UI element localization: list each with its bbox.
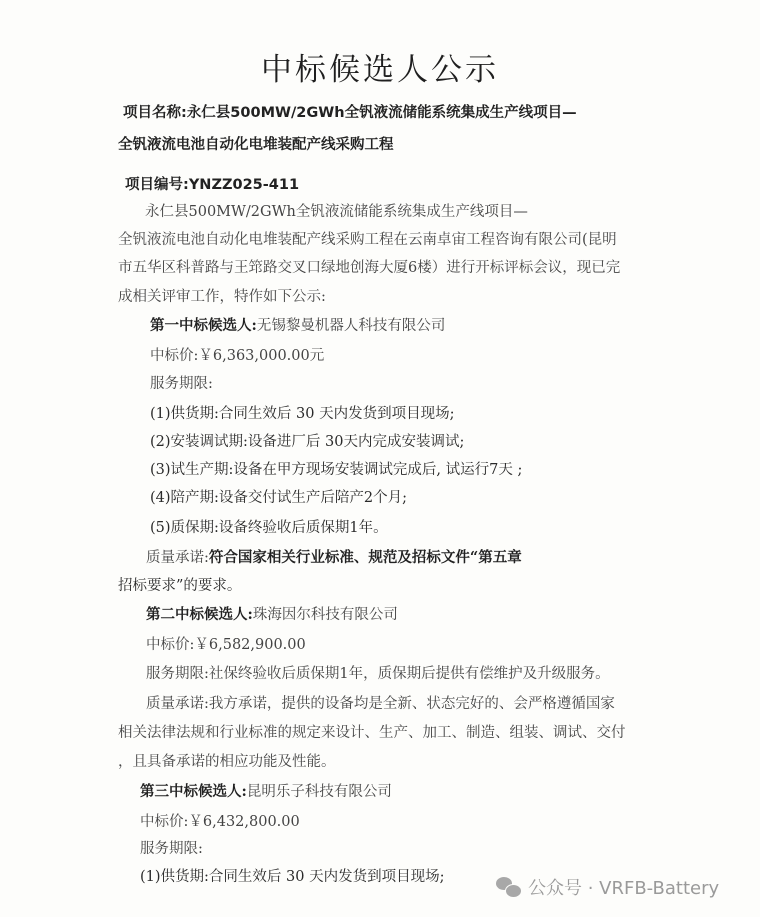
watermark-text: 公众号 · VRFB-Battery [528,874,719,900]
candidate-1-quality-line-1: 质量承诺:符合国家相关行业标准、规范及招标文件“第五章 [146,548,522,568]
candidate-2-price: 中标价:￥6,582,900.00 [146,635,306,655]
document-page: 中标候选人公示 项目名称:永仁县500MW/2GWh全钒液流储能系统集成生产线项… [0,0,760,917]
price-label: 中标价: [146,637,194,653]
service-label: 服务期限: [146,666,209,682]
intro-line-3: 市五华区科普路与王筇路交叉口绿地创海大厦6楼）进行开标评标会议，现已完 [118,258,620,278]
intro-line-1: 永仁县500MW/2GWh全钒液流储能系统集成生产线项目— [145,202,528,222]
candidate-2-company: 珠海因尔科技有限公司 [253,607,398,623]
candidate-2-service: 服务期限:社保终验收后质保期1年，质保期后提供有偿维护及升级服务。 [146,664,610,684]
project-number-label: 项目编号: [125,177,189,193]
quality-text: 符合国家相关行业标准、规范及招标文件“第五章 [209,549,522,566]
candidate-1-service-item-3: (3)试生产期:设备在甲方现场安装调试完成后, 试运行7天 ; [150,460,522,480]
candidate-3-heading: 第三中标候选人:昆明乐子科技有限公司 [140,782,392,802]
project-name-label: 项目名称: [123,105,187,121]
candidate-3-company: 昆明乐子科技有限公司 [247,784,392,800]
candidate-3-rank: 第三中标候选人: [140,783,247,800]
quality-label: 质量承诺: [146,550,209,566]
candidate-1-service-item-5: (5)质保期:设备终验收后质保期1年。 [150,518,388,538]
candidate-2-rank: 第二中标候选人: [146,606,253,623]
quality-label: 质量承诺: [146,696,209,712]
project-number: 项目编号:YNZZ025-411 [125,175,299,195]
price-value: ￥6,363,000.00元 [198,348,324,364]
candidate-2-quality-line-2: 相关法律法规和行业标准的规定来设计、生产、加工、制造、组装、调试、交付 [118,723,626,743]
document-title: 中标候选人公示 [0,44,760,89]
candidate-1-service-item-2: (2)安装调试期:设备进厂后 30天内完成安装调试; [150,432,464,452]
price-value: ￥6,432,800.00 [188,814,299,830]
quality-text: 我方承诺，提供的设备均是全新、状态完好的、会严格遵循国家 [209,696,615,712]
candidate-3-service-label: 服务期限: [140,839,203,859]
candidate-1-quality-line-2: 招标要求”的要求。 [118,576,241,596]
candidate-1-service-item-4: (4)陪产期:设备交付试生产后陪产2个月; [150,488,407,508]
candidate-1-rank: 第一中标候选人: [150,317,257,334]
candidate-1-heading: 第一中标候选人:无锡黎曼机器人科技有限公司 [150,316,445,336]
candidate-1-company: 无锡黎曼机器人科技有限公司 [257,318,446,334]
candidate-3-price: 中标价:￥6,432,800.00 [140,812,300,832]
price-value: ￥6,582,900.00 [194,637,305,653]
project-name-line1: 项目名称:永仁县500MW/2GWh全钒液流储能系统集成生产线项目— [123,103,577,123]
candidate-1-service-item-1: (1)供货期:合同生效后 30 天内发货到项目现场; [150,404,454,424]
candidate-1-service-label: 服务期限: [150,374,213,394]
price-label: 中标价: [150,348,198,364]
candidate-2-quality-line-3: ，且具备承诺的相应功能及性能。 [118,752,336,772]
candidate-3-service-item-1: (1)供货期:合同生效后 30 天内发货到项目现场; [140,867,444,887]
watermark: 公众号 · VRFB-Battery [496,875,719,899]
candidate-1-price: 中标价:￥6,363,000.00元 [150,346,324,366]
intro-line-2: 全钒液流电池自动化电堆装配产线采购工程在云南卓宙工程咨询有限公司(昆明 [118,230,617,250]
project-name-line2: 全钒液流电池自动化电堆装配产线采购工程 [118,135,394,155]
candidate-2-heading: 第二中标候选人:珠海因尔科技有限公司 [146,605,398,625]
intro-line-4: 成相关评审工作，特作如下公示: [118,287,326,307]
service-text: 社保终验收后质保期1年，质保期后提供有偿维护及升级服务。 [209,666,610,682]
wechat-icon [496,876,522,898]
project-name-value: 永仁县500MW/2GWh全钒液流储能系统集成生产线项目— [187,105,577,121]
project-number-value: YNZZ025-411 [189,177,299,193]
candidate-2-quality-line-1: 质量承诺:我方承诺，提供的设备均是全新、状态完好的、会严格遵循国家 [146,694,615,714]
price-label: 中标价: [140,814,188,830]
